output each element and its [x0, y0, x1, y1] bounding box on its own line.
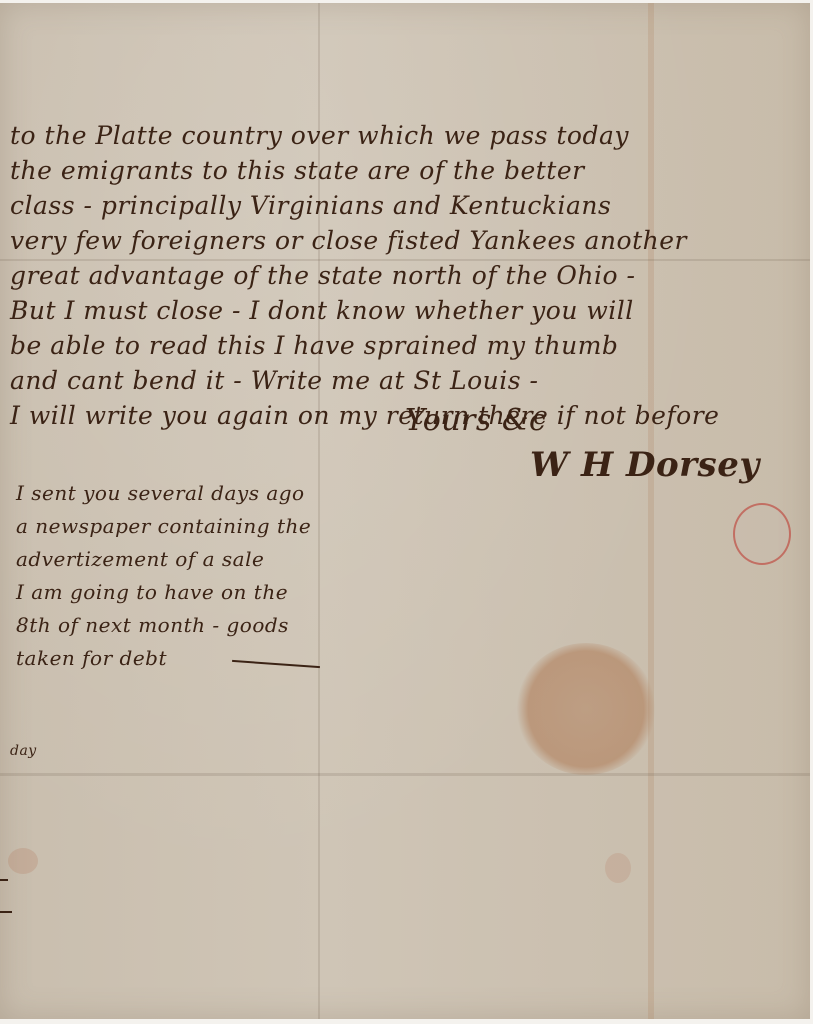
underline-flourish [232, 660, 320, 668]
fold-line-vertical [648, 3, 654, 1019]
letter-paper: to the Platte country over which we pass… [0, 3, 810, 1019]
fold-line-horizontal [0, 773, 810, 776]
postscript-line: I am going to have on the [16, 580, 288, 604]
margin-ink-mark [0, 911, 12, 913]
signature: W H Dorsey [530, 445, 760, 485]
postscript-line: taken for debt [16, 646, 167, 670]
seal-stamp [516, 643, 656, 775]
postscript-line: advertizement of a sale [16, 547, 264, 571]
ink-stain [605, 853, 631, 883]
postmark [733, 503, 791, 565]
letter-line: and cant bend it - Write me at St Louis … [10, 366, 538, 395]
letter-line: I will write you again on my return ther… [10, 401, 719, 430]
margin-ink-mark [0, 879, 8, 881]
postscript-line: a newspaper containing the [16, 514, 311, 538]
letter-line: to the Platte country over which we pass… [10, 121, 629, 150]
letter-line: class - principally Virginians and Kentu… [10, 191, 611, 220]
postscript-line: I sent you several days ago [16, 481, 305, 505]
letter-line: great advantage of the state north of th… [10, 261, 635, 290]
letter-line: very few foreigners or close fisted Yank… [10, 226, 687, 255]
letter-line: be able to read this I have sprained my … [10, 331, 618, 360]
letter-line: But I must close - I dont know whether y… [10, 296, 634, 325]
letter-closing: Yours &c [405, 403, 546, 438]
letter-line: the emigrants to this state are of the b… [10, 156, 585, 185]
ink-stain [8, 848, 38, 874]
margin-fragment: day [10, 743, 37, 759]
postscript-line: 8th of next month - goods [16, 613, 289, 637]
